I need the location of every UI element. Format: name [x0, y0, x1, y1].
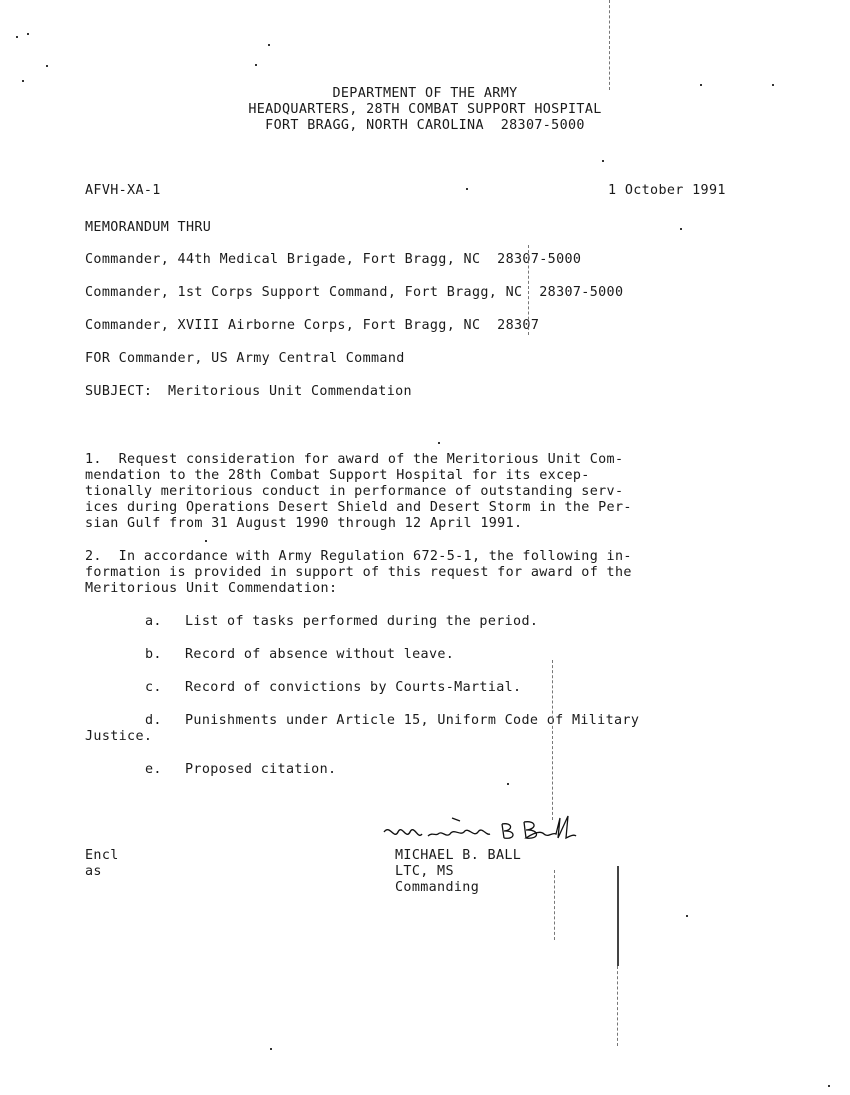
- paragraph-2-line: Meritorious Unit Commendation:: [85, 581, 337, 596]
- for-addressee: FOR Commander, US Army Central Command: [85, 351, 405, 366]
- thru-addressee-1: Commander, 44th Medical Brigade, Fort Br…: [85, 252, 581, 267]
- item-text-d-continued: Justice.: [85, 729, 152, 744]
- paragraph-1-line: mendation to the 28th Combat Support Hos…: [85, 468, 590, 483]
- memo-date: 1 October 1991: [608, 183, 726, 198]
- thru-addressee-2: Commander, 1st Corps Support Command, Fo…: [85, 285, 623, 300]
- scan-artifact-line: [552, 660, 554, 820]
- scan-speck: [255, 64, 257, 66]
- memo-type: MEMORANDUM THRU: [85, 220, 211, 235]
- document-page: DEPARTMENT OF THE ARMY HEADQUARTERS, 28T…: [0, 0, 850, 1095]
- signer-rank: LTC, MS: [395, 864, 454, 879]
- scan-speck: [22, 80, 24, 82]
- scan-speck: [27, 33, 29, 35]
- item-letter-c: c.: [145, 680, 162, 695]
- paragraph-1-line: sian Gulf from 31 August 1990 through 12…: [85, 516, 522, 531]
- scan-artifact-line: [617, 966, 619, 1046]
- scan-artifact-line: [554, 870, 556, 940]
- thru-addressee-3: Commander, XVIII Airborne Corps, Fort Br…: [85, 318, 539, 333]
- scan-speck: [205, 540, 207, 542]
- item-text-c: Record of convictions by Courts-Martial.: [185, 680, 521, 695]
- scan-artifact-line: [528, 245, 530, 335]
- item-text-d: Punishments under Article 15, Uniform Co…: [185, 713, 639, 728]
- enclosure-label: Encl: [85, 848, 119, 863]
- item-letter-a: a.: [145, 614, 162, 629]
- item-text-a: List of tasks performed during the perio…: [185, 614, 538, 629]
- signer-name: MICHAEL B. BALL: [395, 848, 521, 863]
- item-letter-d: d.: [145, 713, 162, 728]
- letterhead-department: DEPARTMENT OF THE ARMY: [0, 86, 850, 101]
- subject-label: SUBJECT:: [85, 384, 152, 399]
- item-letter-b: b.: [145, 647, 162, 662]
- scan-speck: [466, 188, 468, 190]
- scan-speck: [686, 915, 688, 917]
- handwritten-signature-icon: [380, 810, 610, 850]
- signer-title: Commanding: [395, 880, 479, 895]
- paragraph-2-line: 2. In accordance with Army Regulation 67…: [85, 549, 632, 564]
- paragraph-1-line: tionally meritorious conduct in performa…: [85, 484, 623, 499]
- scan-speck: [700, 84, 702, 86]
- scan-speck: [16, 36, 18, 38]
- item-letter-e: e.: [145, 762, 162, 777]
- enclosure-as: as: [85, 864, 102, 879]
- subject-text: Meritorious Unit Commendation: [168, 384, 412, 399]
- scan-artifact-line: [617, 866, 619, 966]
- office-symbol: AFVH-XA-1: [85, 183, 161, 198]
- scan-speck: [507, 783, 509, 785]
- paragraph-1-line: ices during Operations Desert Shield and…: [85, 500, 632, 515]
- scan-speck: [828, 1085, 830, 1087]
- scan-speck: [46, 65, 48, 67]
- letterhead-headquarters: HEADQUARTERS, 28TH COMBAT SUPPORT HOSPIT…: [0, 102, 850, 117]
- paragraph-1-line: 1. Request consideration for award of th…: [85, 452, 623, 467]
- scan-speck: [270, 1048, 272, 1050]
- scan-speck: [680, 228, 682, 230]
- scan-artifact-line: [609, 0, 611, 90]
- scan-speck: [438, 442, 440, 444]
- item-text-b: Record of absence without leave.: [185, 647, 454, 662]
- scan-speck: [772, 84, 774, 86]
- letterhead-address: FORT BRAGG, NORTH CAROLINA 28307-5000: [0, 118, 850, 133]
- item-text-e: Proposed citation.: [185, 762, 336, 777]
- scan-speck: [602, 160, 604, 162]
- paragraph-2-line: formation is provided in support of this…: [85, 565, 632, 580]
- scan-speck: [268, 44, 270, 46]
